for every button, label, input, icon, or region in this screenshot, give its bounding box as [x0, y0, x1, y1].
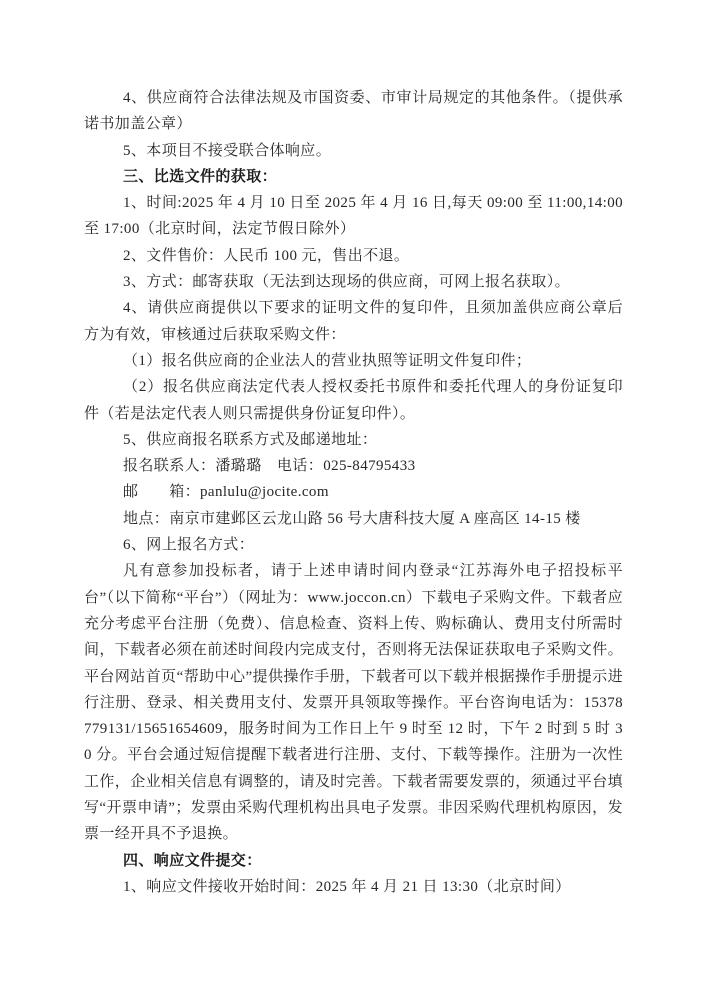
para-no-consortium: 5、本项目不接受联合体响应。	[84, 138, 623, 164]
para-contact-email: 邮 箱：panlulu@jocite.com	[84, 479, 623, 505]
para-online-registration: 6、网上报名方式：	[84, 532, 623, 558]
para-submission-start-time: 1、响应文件接收开始时间：2025 年 4 月 21 日 13:30（北京时间）	[84, 874, 623, 900]
para-contact-person-phone: 报名联系人：潘璐璐 电话：025-84795433	[84, 453, 623, 479]
para-contact-section: 5、供应商报名联系方式及邮递地址：	[84, 427, 623, 453]
para-required-documents: 4、请供应商提供以下要求的证明文件的复印件，且须加盖供应商公章后方为有效，审核通…	[84, 295, 623, 348]
heading-section-4-response-submission: 四、响应文件提交：	[84, 848, 623, 874]
para-required-doc-item-1: （1）报名供应商的企业法人的营业执照等证明文件复印件；	[84, 348, 623, 374]
para-acquisition-time: 1、时间:2025 年 4 月 10 日至 2025 年 4 月 16 日,每天…	[84, 190, 623, 243]
para-contact-address: 地点：南京市建邺区云龙山路 56 号大唐科技大厦 A 座高区 14-15 楼	[84, 506, 623, 532]
para-platform-instructions: 凡有意参加投标者，请于上述申请时间内登录“江苏海外电子招投标平台”（以下简称“平…	[84, 558, 623, 847]
para-acquisition-method: 3、方式：邮寄获取（无法到达现场的供应商，可网上报名获取）。	[84, 269, 623, 295]
document-page: 4、供应商符合法律法规及市国资委、市审计局规定的其他条件。（提供承诺书加盖公章）…	[0, 0, 707, 1000]
para-other-conditions: 4、供应商符合法律法规及市国资委、市审计局规定的其他条件。（提供承诺书加盖公章）	[84, 85, 623, 138]
heading-section-3-file-acquisition: 三、比选文件的获取：	[84, 164, 623, 190]
para-document-price: 2、文件售价：人民币 100 元，售出不退。	[84, 243, 623, 269]
para-required-doc-item-2: （2）报名供应商法定代表人授权委托书原件和委托代理人的身份证复印件（若是法定代表…	[84, 374, 623, 427]
